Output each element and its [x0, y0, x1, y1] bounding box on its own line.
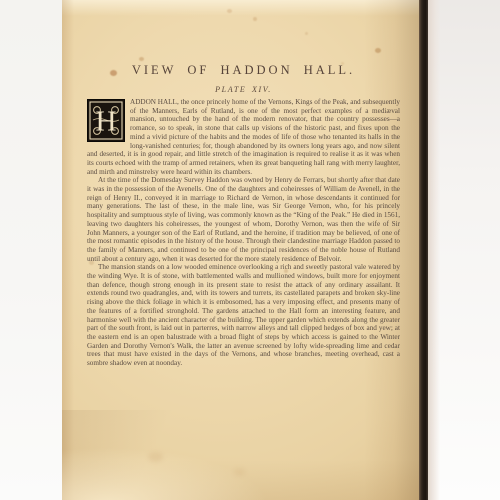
page-title: VIEW OF HADDON HALL. — [87, 63, 400, 77]
table-surface-right — [428, 0, 500, 500]
book-photo: VIEW OF HADDON HALL. PLATE XIV. H — [0, 0, 500, 500]
page-bottom-curl — [62, 410, 419, 500]
ornate-initial-capital: H — [87, 99, 125, 142]
paragraph: At the time of the Domesday Survey Haddo… — [87, 176, 400, 263]
foxing-spot — [148, 452, 163, 462]
paragraph: H ADDON HALL, the once princely home of … — [87, 98, 400, 176]
book-page: VIEW OF HADDON HALL. PLATE XIV. H — [62, 0, 419, 500]
table-surface-left — [0, 0, 62, 500]
drop-cap-letter: H — [96, 106, 117, 138]
paragraph: The mansion stands on a low wooded emine… — [87, 263, 400, 367]
page-content: VIEW OF HADDON HALL. PLATE XIV. H — [87, 0, 400, 368]
book-cover-edge — [419, 0, 428, 500]
body-text: H ADDON HALL, the once princely home of … — [87, 98, 400, 368]
plate-label: PLATE XIV. — [87, 85, 400, 94]
foxing-spot — [234, 468, 245, 476]
paragraph-text: ADDON HALL, the once princely home of th… — [87, 98, 400, 176]
